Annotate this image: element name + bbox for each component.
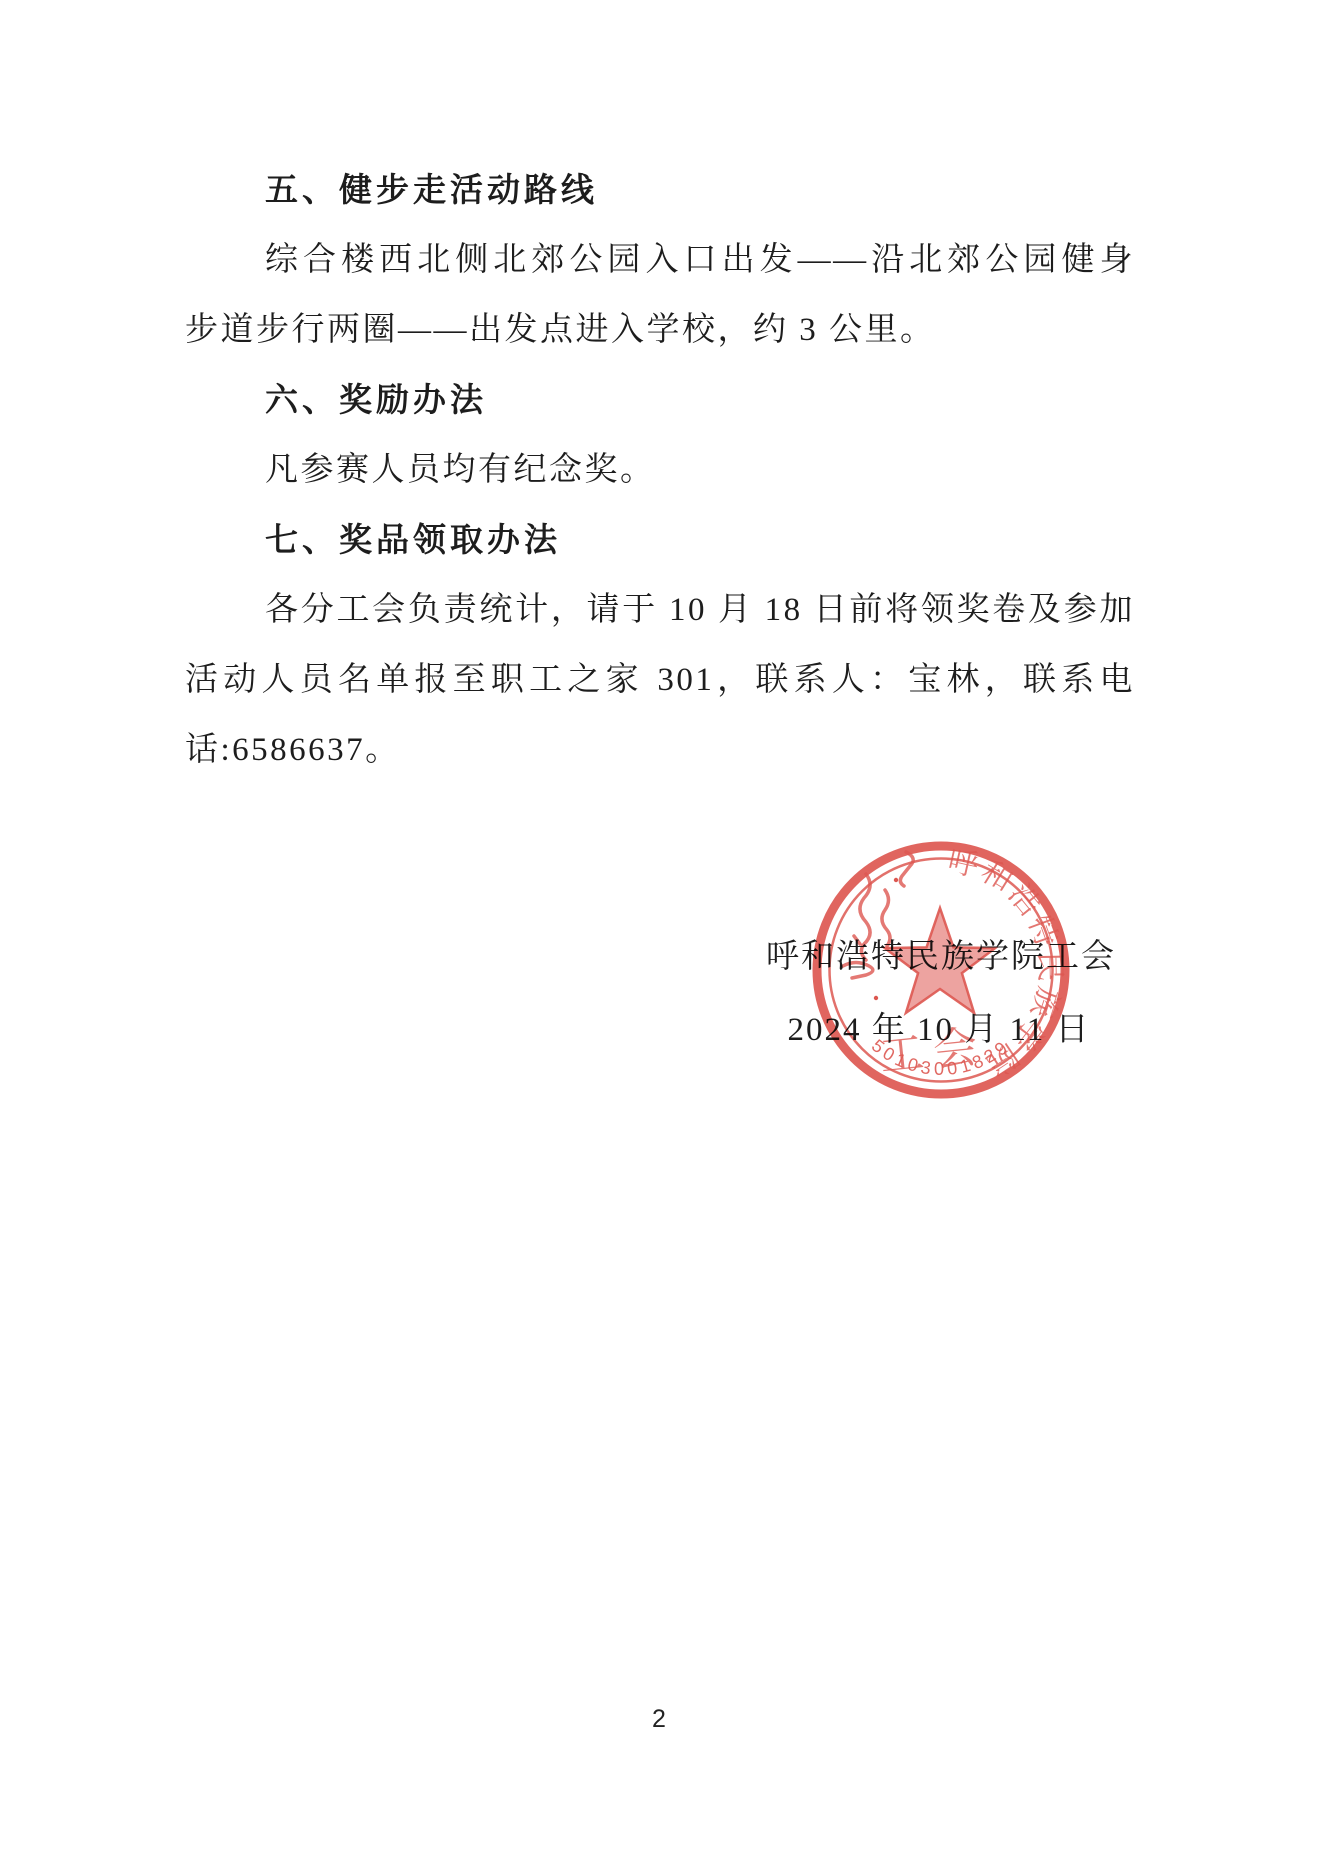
paragraph-line: 话:6586637。 (185, 715, 1135, 785)
paragraph-line: 凡参赛人员均有纪念奖。 (185, 435, 1135, 505)
paragraph-line: 步道步行两圈——出发点进入学校，约 3 公里。 (185, 295, 1135, 365)
section-heading-6: 六、奖励办法 (185, 365, 1135, 435)
section-heading-7: 七、奖品领取办法 (185, 505, 1135, 575)
section-heading-5: 五、健步走活动路线 (185, 155, 1135, 225)
signature-date: 2024 年 10 月 11 日 (787, 995, 1090, 1065)
paragraph-line: 活动人员名单报至职工之家 301，联系人：宝林，联系电 (185, 645, 1135, 715)
document-body: 五、健步走活动路线 综合楼西北侧北郊公园入口出发——沿北郊公园健身 步道步行两圈… (185, 155, 1135, 785)
paragraph-line: 各分工会负责统计，请于 10 月 18 日前将领奖卷及参加 (185, 575, 1135, 645)
signature-org: 呼和浩特民族学院工会 (766, 922, 1116, 992)
paragraph-line: 综合楼西北侧北郊公园入口出发——沿北郊公园健身 (185, 225, 1135, 295)
document-page: 五、健步走活动路线 综合楼西北侧北郊公园入口出发——沿北郊公园健身 步道步行两圈… (0, 0, 1322, 1871)
page-number: 2 (652, 1705, 666, 1734)
